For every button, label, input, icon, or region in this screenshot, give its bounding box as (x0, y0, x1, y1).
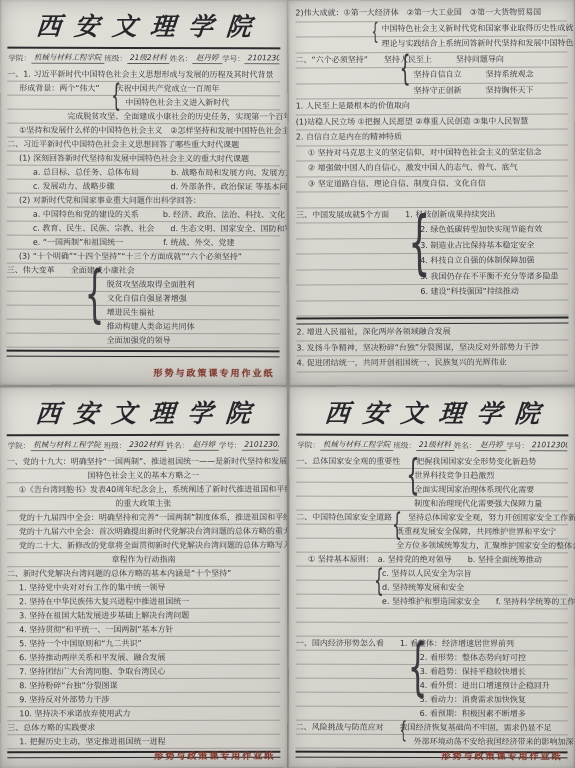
note-line: 外部环境动荡不安给我国经济带来的影响加深 (296, 735, 568, 750)
note-line: 3. 坚持在祖国大陆发展进步基础上解决台湾问题 (7, 609, 280, 623)
note-line: 1. 坚持党中央对对台工作的集中统一领导 (7, 581, 280, 595)
id-label: 学号： (219, 441, 242, 451)
note-line: 7. 坚持团结广大台湾同胞、争取台湾民心 (7, 665, 280, 679)
note-line: ①坚持和发展什么样的中国特色社会主义 ②怎样坚持和发展中国特色社会主义 (7, 124, 280, 139)
name-label: 姓名： (170, 54, 193, 64)
school-label: 学院： (8, 54, 31, 64)
title-rule (296, 434, 568, 437)
note-line: 党的二十大、新修改的党章将全面贯彻新时代党解决台湾问题的总体方略写入中国共产党 (7, 539, 280, 553)
note-line: {二、风险挑战与防范应对 我国经济恢复基础尚不牢固，需求仍显不足 (296, 721, 568, 736)
id-label: 学号： (222, 54, 245, 64)
note-line: 3. 制造业占比保持基本稳定安全 (296, 238, 568, 254)
note-line: 4. 科技自立自强的体制保障加强 (296, 254, 568, 270)
note-line: {中国特色社会主义新时代党和国家事业取得历史性成就 (295, 21, 567, 37)
note-line: 制度和治理现代化需要强大保障力量 (296, 497, 568, 512)
note-line: 2. 看形势：整体态势向好可控 (296, 651, 568, 666)
stamp-text: 形势与政策课专用作业纸 (154, 749, 275, 762)
page-3: 西安文理学院 学院：机械与材料工程学院 班级：2302材料 姓名：赵丹婷 学号：… (0, 387, 287, 768)
school-label: 学院： (297, 441, 320, 451)
note-line: 完成脱贫攻坚、全面建成小康社会的历史任务，实现第一个百年奋斗目标。 (7, 110, 280, 125)
stamp-text: 形势与政策课专用作业纸 (442, 749, 563, 762)
note-lines: 一、1. 习近平新时代中国特色社会主义思想形成与发展的历程及其时代背景 {形成背… (7, 68, 281, 358)
note-line: {三、伟大变革 全面建成小康社会 (7, 264, 280, 279)
school-label: 学院： (8, 441, 31, 451)
note-line: 二、习近平新时代中国特色社会主义思想回答了哪些重大时代课题 (7, 138, 280, 153)
name-label: 姓名： (166, 441, 189, 451)
class-value: 21级2材料 (127, 53, 170, 64)
note-line: 2. 自信自立是内在的精神特质 (296, 130, 568, 146)
note-line: 党的十九届六中全会：首次明确提出新时代党解决台湾问题的总体方略的重大论断 (7, 525, 280, 539)
page-2: 2)伟大成就：①第一大经济体 ②第一大工业国 ③第一大货物贸易国 {中国特色社会… (288, 0, 575, 385)
note-line: 全面实现国家治理体系现代化需要 (296, 483, 568, 498)
form-row: 学院：机械与材料工程学院 班级：21级材料 姓名：赵丹婷 学号：21012300… (297, 440, 567, 452)
page-4: 西安文理学院 学院：机械与材料工程学院 班级：21级材料 姓名：赵丹婷 学号：2… (289, 387, 575, 768)
note-line: {c. 坚持以人民安全为宗旨 (296, 567, 568, 582)
class-value: 2302材料 (126, 440, 166, 451)
note-line: (1) 深刻回答新时代坚持和发展中国特色社会主义的重大时代课题 (7, 152, 280, 167)
note-line: 文化自信自强显著增强 (7, 292, 280, 307)
note-line: ③ 坚定道路自信、理论自信、制度自信、文化自信 (296, 176, 568, 192)
note-line: 章程作为行动指南 (7, 553, 280, 567)
note-line: 党的十九届四中全会：明确坚持和完善“一国两制”制度体系，推进祖国和平统一—— (7, 511, 280, 525)
note-line: 推动构建人类命运共同体 (7, 320, 280, 335)
class-value: 21级材料 (416, 440, 454, 451)
page-title: 西安文理学院 (0, 0, 288, 45)
note-line: 2. 绿色低碳转型加快实现节能有效 (296, 223, 568, 239)
note-line: {二、“六个必须坚持” 坚持人民至上 坚持问题导向 (296, 52, 568, 68)
stamp-text: 形势与政策课专用作业纸 (153, 366, 274, 379)
note-line: 理论与实践结合上系统回答新时代坚持和发展中国特色社会主义重大问题 (295, 37, 567, 53)
note-line: 既重视发展安全保障，共同维护世界和平安宁 (296, 525, 568, 540)
note-line: 5. 看动力：消费需求加快恢复 (296, 693, 568, 708)
note-line: 的重大政策主张 (7, 497, 280, 511)
school-value: 机械与材料工程学院 (31, 53, 105, 64)
note-line: 5. 坚持一个中国原则和“九二共识” (7, 637, 280, 651)
name-value: 赵丹婷 (476, 440, 506, 451)
note-line: 4. 看外贸：进出口增速预计企稳回升 (296, 679, 568, 694)
note-line: 10. 坚持决不承诺放弃使用武力 (7, 707, 280, 721)
note-line: 6. 看预期：积极因素不断增多 (296, 707, 568, 722)
note-line (296, 300, 568, 316)
note-line: 一、1. 习近平新时代中国特色社会主义思想形成与发展的历程及其时代背景 (7, 68, 280, 83)
note-line: e. 坚持维护和塑造国家安全 f. 坚持科学统筹的工作导向 (296, 595, 568, 610)
class-label: 班级： (104, 54, 127, 64)
note-line: 一、党的十九大：明确坚持“一国两制”、推进祖国统一——是新时代坚持和发展中 (7, 455, 280, 469)
note-line: ①《告台湾同胞书》发表40周年纪念会上，系统阐述了新时代推进祖国和平统一 (7, 483, 280, 497)
section-divider-rule (296, 317, 568, 325)
note-line: 2. 增进人民福祉，深化两岸各领域融合发展 (296, 325, 568, 341)
note-lines: 一、党的十九大：明确坚持“一国两制”、推进祖国统一——是新时代坚持和发展中 国特… (7, 455, 281, 758)
note-line: a. 总目标、总任务、总体布局 b. 战略布局和发展方向、发展方式 (7, 166, 280, 181)
school-value: 机械与材料工程学院 (30, 440, 104, 451)
form-row: 学院：机械与材料工程学院 班级：2302材料 姓名：赵丹婷 学号：2101230… (8, 440, 279, 451)
note-line: (3) “十个明确”“十四个坚持”“十三个方面成就”“六个必须坚持” (7, 250, 280, 265)
note-line: 3. 看趋势：保持平稳较快增长 (296, 665, 568, 680)
note-line: 1. 人民至上是最根本的价值取向 (296, 99, 568, 115)
note-line: c. 教育、民生、民族、宗教、社会 d. 生态文明、国家安全、国防和军队 (7, 222, 280, 237)
school-value: 机械与材料工程学院 (320, 440, 394, 451)
note-line: ② 增强做中国人的自信心，激发中国人的志气、骨气、底气 (296, 161, 568, 177)
form-row: 学院：机械与材料工程学院 班级：21级2材料 姓名：赵丹婷 学号：2101230… (8, 53, 279, 65)
note-line: 脱贫攻坚战取得全面胜利 (7, 278, 280, 293)
note-line: a. 中国特色和党的建设的关系 b. 经济、政治、法治、科技、文化 (7, 208, 280, 223)
page-title: 西安文理学院 (0, 387, 287, 433)
note-line: 坚持守正创新 坚持胸怀天下 (296, 83, 568, 99)
note-line (296, 192, 568, 208)
note-lines: 2)伟大成就：①第一大经济体 ②第一大工业国 ③第一大货物贸易国 {中国特色社会… (295, 6, 568, 372)
bottom-double-rule (7, 350, 280, 358)
note-line: 增进民生福祉 (7, 306, 280, 321)
note-line: 6. 坚持推动两岸关系和平发展、融合发展 (7, 651, 280, 665)
note-line: d. 坚持统筹发展和安全 (296, 581, 568, 596)
class-label: 班级： (104, 441, 127, 451)
note-line: 6. 建设“科技强国”持续推动 (296, 285, 568, 301)
note-line: ① 坚持基本原则： a. 坚持党的绝对领导 b. 坚持全面统筹推动 (296, 553, 568, 568)
note-line: 国特色社会主义的基本方略之一 (7, 469, 280, 483)
page-title: 西安文理学院 (289, 387, 575, 433)
title-rule (7, 434, 280, 436)
photo-of-notes: 西安文理学院 学院：机械与材料工程学院 班级：21级2材料 姓名：赵丹婷 学号：… (0, 0, 575, 768)
note-line: (1)站稳人民立场 ①把握人民愿望 ②尊重人民创造 ③集中人民智慧 (296, 114, 568, 130)
note-line: 4. 坚持贯彻“和平统一、一国两制”基本方针 (7, 623, 280, 637)
note-line: 二、新时代党解决台湾问题的总体方略的基本内涵是“十个坚持” (7, 567, 280, 581)
note-line: 世界科技竞争日趋激烈 (296, 469, 568, 484)
note-line: (2) 对新时代党和国家事业重大问题作出科学回答： (7, 194, 280, 209)
note-line: {一、国内经济形势怎么看 1. 看整体：经济增速居世界前列 (296, 637, 568, 652)
note-line: {形成背景：两个“伟大” 庆祝中国共产党成立一百周年 (7, 82, 280, 97)
note-line: 中国特色社会主义进入新时代 (7, 96, 280, 111)
note-line (296, 609, 568, 624)
name-value: 赵丹婷 (192, 53, 222, 64)
name-label: 姓名： (454, 441, 477, 451)
title-rule (7, 47, 280, 50)
note-line: 4. 促进团结统一，共同开创祖国统一、民族复兴的光辉伟业 (297, 356, 569, 372)
note-line: {一、总体国家安全观的重要性 把握我国国家安全形势变化新趋势 (296, 455, 568, 470)
note-line: 1. 把握历史主动，坚定推进祖国统一进程 (7, 735, 280, 749)
class-label: 班级： (393, 441, 416, 451)
note-line (296, 623, 568, 638)
id-label: 学号： (506, 441, 529, 451)
note-line: {三、中国发展成就5个方面 1. 科技创新成果持续突出 (296, 207, 568, 223)
note-line: e. “一国两制”和祖国统一 f. 统战、外交、党建 (7, 236, 280, 251)
note-lines: {一、总体国家安全观的重要性 把握我国国家安全形势变化新趋势 世界科技竞争日趋激… (296, 455, 569, 759)
note-line: c. 发展动力、战略步骤 d. 外部条件、政治保证 等基本问题 (7, 180, 280, 195)
note-line: ① 坚持对马克思主义的坚定信仰，对中国特色社会主义的坚定信念 (296, 145, 568, 161)
note-line: 8. 坚持粉碎“台独”分裂图谋 (7, 679, 280, 693)
note-line: 2)伟大成就：①第一大经济体 ②第一大工业国 ③第一大货物贸易国 (295, 6, 567, 22)
id-value: 2101230231 (245, 53, 280, 64)
id-value: 2101230021 (529, 440, 567, 451)
name-value: 赵丹婷 (189, 440, 219, 451)
note-line: 9. 坚持反对外部势力干涉 (7, 693, 280, 707)
id-value: 2101230231 (241, 440, 278, 451)
note-line: 2. 坚持在中华民族伟大复兴进程中推进祖国统一 (7, 595, 280, 609)
note-line: 3. 发扬斗争精神，坚决粉碎“台独”分裂图谋，坚决反对外部势力干涉 (297, 340, 569, 356)
note-line: {二、中国特色国家安全道路 坚持总体国家安全观，努力开创国家安全工作新局面 (296, 511, 568, 526)
page-1: 西安文理学院 学院：机械与材料工程学院 班级：21级2材料 姓名：赵丹婷 学号：… (0, 0, 288, 385)
note-line: 5. 我国仍存在不平衡不充分等诸多隐患 (296, 269, 568, 285)
note-line: 坚持自信自立 坚持系统观念 (296, 68, 568, 84)
note-line: 全方位多领域统筹发力，汇聚维护国家安全的整体合力 (296, 539, 568, 554)
note-line: 全面加强党的领导 (7, 334, 280, 349)
note-line: 三、总体方略的实践要求 (7, 721, 280, 735)
